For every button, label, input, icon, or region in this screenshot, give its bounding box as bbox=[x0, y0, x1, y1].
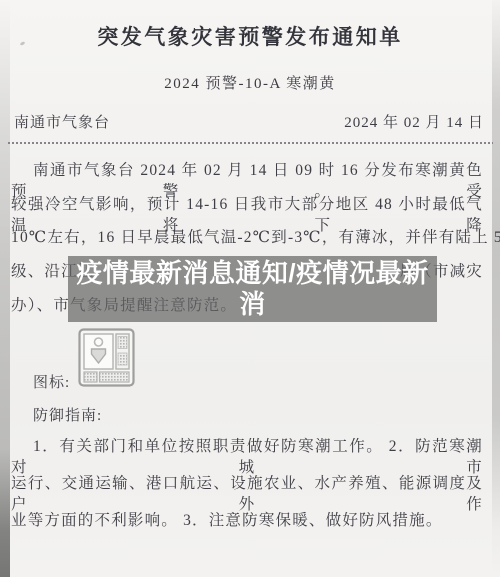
watermark-text-line-1: 疫情最新消息通知/疫情况最新 bbox=[76, 258, 428, 289]
guide-line-1: 1．有关部门和单位按照职责做好防寒潮工作。 2．防范寒潮对城市 bbox=[11, 436, 483, 478]
document-title: 突发气象灾害预警发布通知单 bbox=[0, 21, 500, 51]
guide-line-3: 业等方面的不利影响。 3．注意防寒保暖、做好防风措施。 bbox=[11, 510, 483, 531]
defense-guide-label: 防御指南: bbox=[33, 404, 102, 425]
icon-label: 图标: bbox=[33, 371, 70, 392]
dotted-divider bbox=[8, 142, 493, 144]
guide-line-2: 运行、交通运输、港口航运、设施农业、水产养殖、能源调度及户外作 bbox=[11, 473, 483, 515]
warning-number: 2024 预警-10-A 寒潮黄 bbox=[0, 72, 500, 93]
watermark-overlay: 疫情最新消息通知/疫情况最新 消 bbox=[68, 256, 437, 322]
body-line-3: 10℃左右，16 日早晨最低气温-2℃到-3℃，有薄冰，并伴有陆上 5-7 bbox=[11, 227, 483, 248]
issuer-date-row: 南通市气象台 2024 年 02 月 14 日 bbox=[14, 111, 484, 132]
watermark-text-line-2: 消 bbox=[239, 289, 266, 320]
issuer-name: 南通市气象台 bbox=[14, 111, 110, 132]
scanned-document-page: 突发气象灾害预警发布通知单 2024 预警-10-A 寒潮黄 南通市气象台 20… bbox=[0, 0, 500, 577]
cold-wave-warning-icon bbox=[78, 328, 135, 387]
issue-date: 2024 年 02 月 14 日 bbox=[344, 111, 484, 132]
